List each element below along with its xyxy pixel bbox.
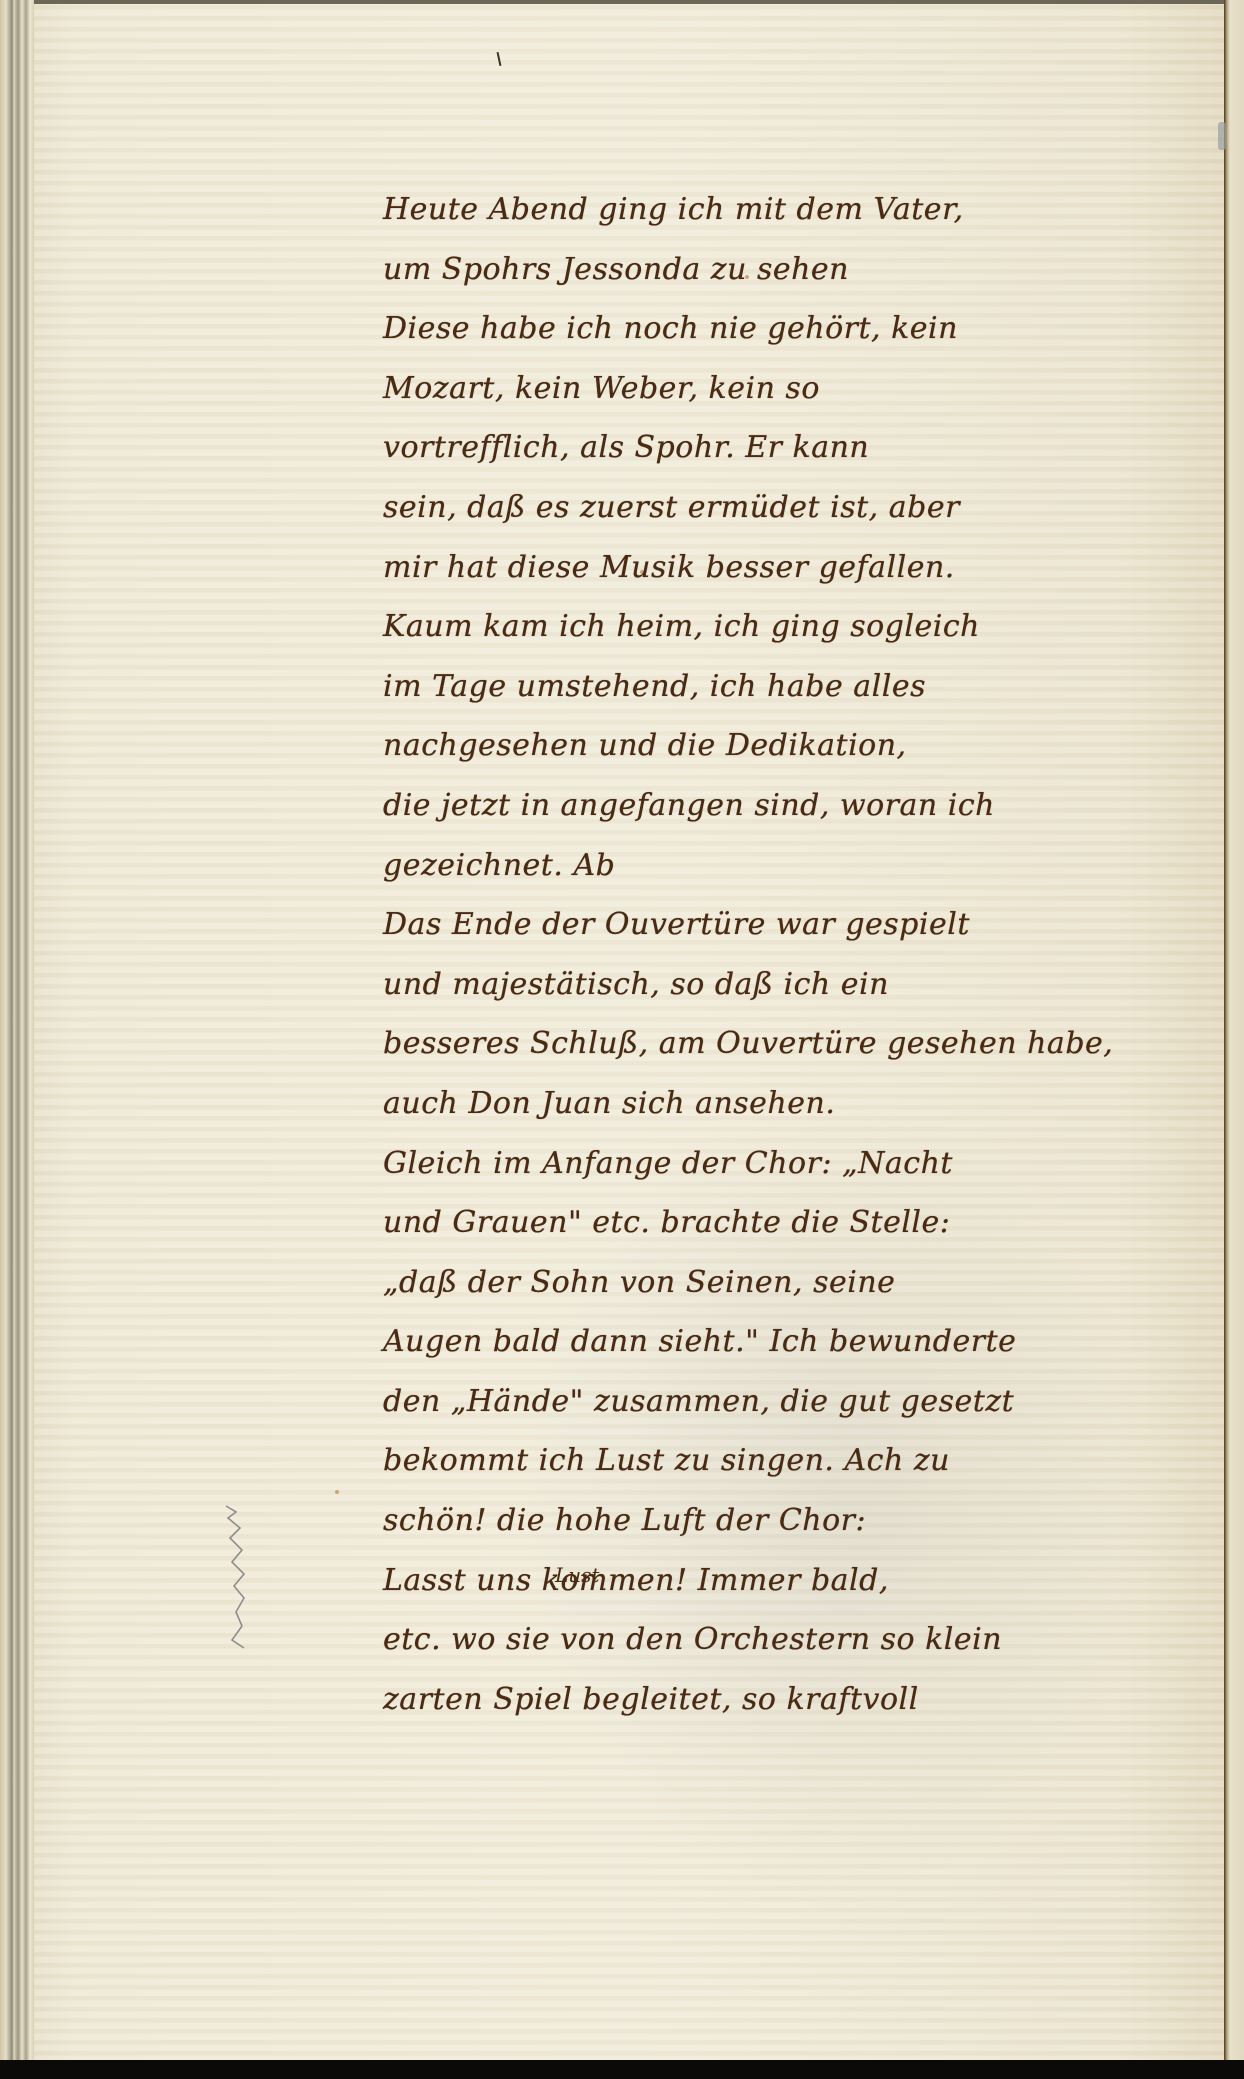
- manuscript-line: nachgesehen und die Dedikation,: [383, 716, 1193, 776]
- manuscript-line: „daß der Sohn von Seinen, seine: [383, 1253, 1193, 1313]
- manuscript-line: vortrefflich, als Spohr. Er kann: [383, 418, 1193, 478]
- manuscript-line: bekommt ich Lust zu singen. Ach zu: [383, 1431, 1193, 1491]
- manuscript-line: mir hat diese Musik besser gefallen.: [383, 538, 1193, 598]
- interlinear-insertion: Lust: [555, 1563, 599, 1587]
- pencil-zigzag-icon: [218, 1498, 252, 1658]
- book-page-stack-edge: [0, 0, 34, 2062]
- manuscript-page: Heute Abend ging ich mit dem Vater, um S…: [0, 0, 1244, 2062]
- page-tear-notch: [1218, 122, 1226, 150]
- manuscript-line: im Tage umstehend, ich habe alles: [383, 657, 1193, 717]
- manuscript-line: sein, daß es zuerst ermüdet ist, aber: [383, 478, 1193, 538]
- manuscript-line: besseres Schluß, am Ouvertüre gesehen ha…: [383, 1014, 1193, 1074]
- manuscript-line: die jetzt in angefangen sind, woran ich: [383, 776, 1193, 836]
- manuscript-line: Diese habe ich noch nie gehört, kein: [383, 299, 1193, 359]
- stray-ink-mark: [497, 52, 502, 66]
- manuscript-line: Das Ende der Ouvertüre war gespielt: [383, 895, 1193, 955]
- manuscript-line: Heute Abend ging ich mit dem Vater,: [383, 180, 1193, 240]
- page-top-edge: [0, 0, 1244, 4]
- manuscript-line: Mozart, kein Weber, kein so: [383, 359, 1193, 419]
- manuscript-line: zarten Spiel begleitet, so kraftvoll: [383, 1670, 1193, 1730]
- manuscript-line: Kaum kam ich heim, ich ging sogleich: [383, 597, 1193, 657]
- handwritten-text-block: Heute Abend ging ich mit dem Vater, um S…: [383, 180, 1193, 1729]
- manuscript-line: schön! die hohe Luft der Chor:: [383, 1491, 1193, 1551]
- scan-background-border: [0, 2060, 1244, 2079]
- page-fold-edge: [1224, 0, 1244, 2062]
- manuscript-line: auch Don Juan sich ansehen.: [383, 1074, 1193, 1134]
- manuscript-line: Augen bald dann sieht." Ich bewunderte: [383, 1312, 1193, 1372]
- manuscript-line: gezeichnet. Ab: [383, 836, 1193, 896]
- manuscript-line: etc. wo sie von den Orchestern so klein: [383, 1610, 1193, 1670]
- manuscript-line: Gleich im Anfange der Chor: „Nacht: [383, 1134, 1193, 1194]
- manuscript-line: den „Hände" zusammen, die gut gesetzt: [383, 1372, 1193, 1432]
- manuscript-line: um Spohrs Jessonda zu sehen: [383, 240, 1193, 300]
- manuscript-line: Lasst uns kommen! Immer bald,: [383, 1551, 1193, 1611]
- manuscript-line: und majestätisch, so daß ich ein: [383, 955, 1193, 1015]
- manuscript-line: und Grauen" etc. brachte die Stelle:: [383, 1193, 1193, 1253]
- paper-speck: [335, 1490, 339, 1494]
